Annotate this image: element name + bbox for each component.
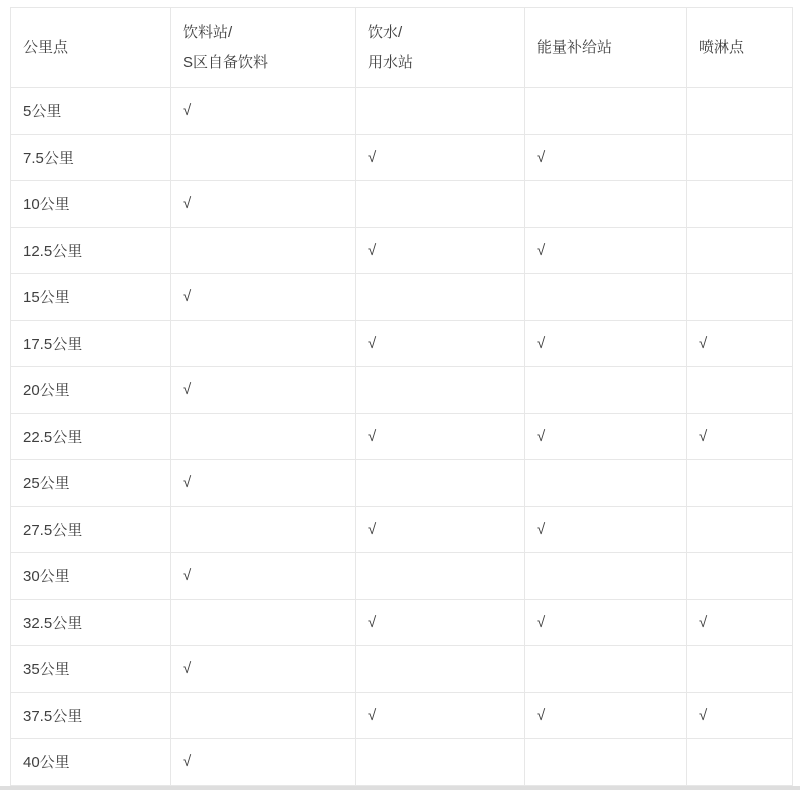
table-row: 25公里√	[11, 460, 793, 507]
checkmark-icon: √	[699, 428, 707, 445]
column-header-label: 能量补给站	[537, 33, 682, 63]
empty-cell-spray-point	[687, 367, 793, 414]
column-header-label: 喷淋点	[699, 33, 788, 63]
checkmark-icon: √	[537, 335, 545, 352]
table-row: 35公里√	[11, 646, 793, 693]
check-cell-water-station: √	[356, 692, 525, 739]
column-header-spray-point: 喷淋点	[687, 8, 793, 88]
empty-cell-spray-point	[687, 181, 793, 228]
km-cell: 30公里	[11, 553, 171, 600]
km-cell: 10公里	[11, 181, 171, 228]
checkmark-icon: √	[183, 474, 191, 491]
checkmark-icon: √	[368, 149, 376, 166]
empty-cell-water-station	[356, 367, 525, 414]
table-row: 5公里√	[11, 88, 793, 135]
empty-cell-energy-station	[525, 274, 687, 321]
checkmark-icon: √	[183, 660, 191, 677]
checkmark-icon: √	[699, 614, 707, 631]
km-cell: 27.5公里	[11, 506, 171, 553]
checkmark-icon: √	[537, 707, 545, 724]
column-header-label: S区自备饮料	[183, 48, 351, 78]
empty-cell-energy-station	[525, 553, 687, 600]
checkmark-icon: √	[183, 102, 191, 119]
checkmark-icon: √	[537, 614, 545, 631]
check-cell-drink-station: √	[171, 181, 356, 228]
table-row: 10公里√	[11, 181, 793, 228]
km-cell: 7.5公里	[11, 134, 171, 181]
check-cell-energy-station: √	[525, 692, 687, 739]
empty-cell-drink-station	[171, 599, 356, 646]
empty-cell-energy-station	[525, 367, 687, 414]
check-cell-drink-station: √	[171, 646, 356, 693]
check-cell-water-station: √	[356, 506, 525, 553]
check-cell-energy-station: √	[525, 413, 687, 460]
table-body: 5公里√7.5公里√√10公里√12.5公里√√15公里√17.5公里√√√20…	[11, 88, 793, 786]
empty-cell-spray-point	[687, 646, 793, 693]
empty-cell-spray-point	[687, 274, 793, 321]
check-cell-drink-station: √	[171, 460, 356, 507]
empty-cell-water-station	[356, 553, 525, 600]
empty-cell-spray-point	[687, 88, 793, 135]
empty-cell-spray-point	[687, 134, 793, 181]
checkmark-icon: √	[699, 335, 707, 352]
check-cell-energy-station: √	[525, 320, 687, 367]
table-row: 15公里√	[11, 274, 793, 321]
empty-cell-water-station	[356, 88, 525, 135]
km-cell: 22.5公里	[11, 413, 171, 460]
empty-cell-spray-point	[687, 739, 793, 786]
check-cell-drink-station: √	[171, 739, 356, 786]
km-cell: 37.5公里	[11, 692, 171, 739]
empty-cell-water-station	[356, 181, 525, 228]
checkmark-icon: √	[183, 381, 191, 398]
checkmark-icon: √	[368, 242, 376, 259]
column-header-label: 饮水/	[368, 18, 520, 48]
table-row: 27.5公里√√	[11, 506, 793, 553]
empty-cell-spray-point	[687, 506, 793, 553]
column-header-km: 公里点	[11, 8, 171, 88]
empty-cell-spray-point	[687, 460, 793, 507]
km-cell: 15公里	[11, 274, 171, 321]
bottom-edge-bar	[0, 786, 800, 790]
supply-station-table: 公里点饮料站/S区自备饮料饮水/用水站能量补给站喷淋点 5公里√7.5公里√√1…	[10, 7, 793, 786]
check-cell-drink-station: √	[171, 274, 356, 321]
km-cell: 40公里	[11, 739, 171, 786]
check-cell-spray-point: √	[687, 320, 793, 367]
check-cell-spray-point: √	[687, 599, 793, 646]
check-cell-energy-station: √	[525, 134, 687, 181]
check-cell-energy-station: √	[525, 227, 687, 274]
empty-cell-drink-station	[171, 506, 356, 553]
table-row: 40公里√	[11, 739, 793, 786]
km-cell: 25公里	[11, 460, 171, 507]
empty-cell-water-station	[356, 739, 525, 786]
km-cell: 12.5公里	[11, 227, 171, 274]
empty-cell-energy-station	[525, 181, 687, 228]
checkmark-icon: √	[368, 707, 376, 724]
checkmark-icon: √	[183, 195, 191, 212]
table-row: 32.5公里√√√	[11, 599, 793, 646]
km-cell: 35公里	[11, 646, 171, 693]
column-header-label: 用水站	[368, 48, 520, 78]
checkmark-icon: √	[183, 288, 191, 305]
checkmark-icon: √	[699, 707, 707, 724]
checkmark-icon: √	[537, 521, 545, 538]
empty-cell-water-station	[356, 274, 525, 321]
table-row: 37.5公里√√√	[11, 692, 793, 739]
km-cell: 20公里	[11, 367, 171, 414]
checkmark-icon: √	[368, 335, 376, 352]
check-cell-water-station: √	[356, 413, 525, 460]
empty-cell-energy-station	[525, 646, 687, 693]
check-cell-drink-station: √	[171, 88, 356, 135]
checkmark-icon: √	[537, 428, 545, 445]
empty-cell-drink-station	[171, 320, 356, 367]
checkmark-icon: √	[368, 521, 376, 538]
empty-cell-water-station	[356, 646, 525, 693]
check-cell-water-station: √	[356, 227, 525, 274]
empty-cell-drink-station	[171, 134, 356, 181]
empty-cell-water-station	[356, 460, 525, 507]
table-row: 17.5公里√√√	[11, 320, 793, 367]
column-header-water-station: 饮水/用水站	[356, 8, 525, 88]
km-cell: 5公里	[11, 88, 171, 135]
column-header-drink-station: 饮料站/S区自备饮料	[171, 8, 356, 88]
km-cell: 17.5公里	[11, 320, 171, 367]
column-header-energy-station: 能量补给站	[525, 8, 687, 88]
check-cell-spray-point: √	[687, 413, 793, 460]
empty-cell-drink-station	[171, 227, 356, 274]
empty-cell-drink-station	[171, 413, 356, 460]
empty-cell-spray-point	[687, 553, 793, 600]
table-row: 12.5公里√√	[11, 227, 793, 274]
check-cell-energy-station: √	[525, 506, 687, 553]
table-row: 22.5公里√√√	[11, 413, 793, 460]
empty-cell-energy-station	[525, 88, 687, 135]
check-cell-drink-station: √	[171, 553, 356, 600]
check-cell-drink-station: √	[171, 367, 356, 414]
check-cell-water-station: √	[356, 134, 525, 181]
table-row: 20公里√	[11, 367, 793, 414]
check-cell-energy-station: √	[525, 599, 687, 646]
empty-cell-energy-station	[525, 739, 687, 786]
empty-cell-drink-station	[171, 692, 356, 739]
km-cell: 32.5公里	[11, 599, 171, 646]
check-cell-spray-point: √	[687, 692, 793, 739]
empty-cell-energy-station	[525, 460, 687, 507]
check-cell-water-station: √	[356, 599, 525, 646]
empty-cell-spray-point	[687, 227, 793, 274]
table-row: 7.5公里√√	[11, 134, 793, 181]
column-header-label: 公里点	[23, 33, 166, 63]
checkmark-icon: √	[537, 149, 545, 166]
checkmark-icon: √	[537, 242, 545, 259]
checkmark-icon: √	[183, 753, 191, 770]
column-header-label: 饮料站/	[183, 18, 351, 48]
checkmark-icon: √	[368, 428, 376, 445]
checkmark-icon: √	[368, 614, 376, 631]
table-row: 30公里√	[11, 553, 793, 600]
checkmark-icon: √	[183, 567, 191, 584]
header-row: 公里点饮料站/S区自备饮料饮水/用水站能量补给站喷淋点	[11, 8, 793, 88]
check-cell-water-station: √	[356, 320, 525, 367]
